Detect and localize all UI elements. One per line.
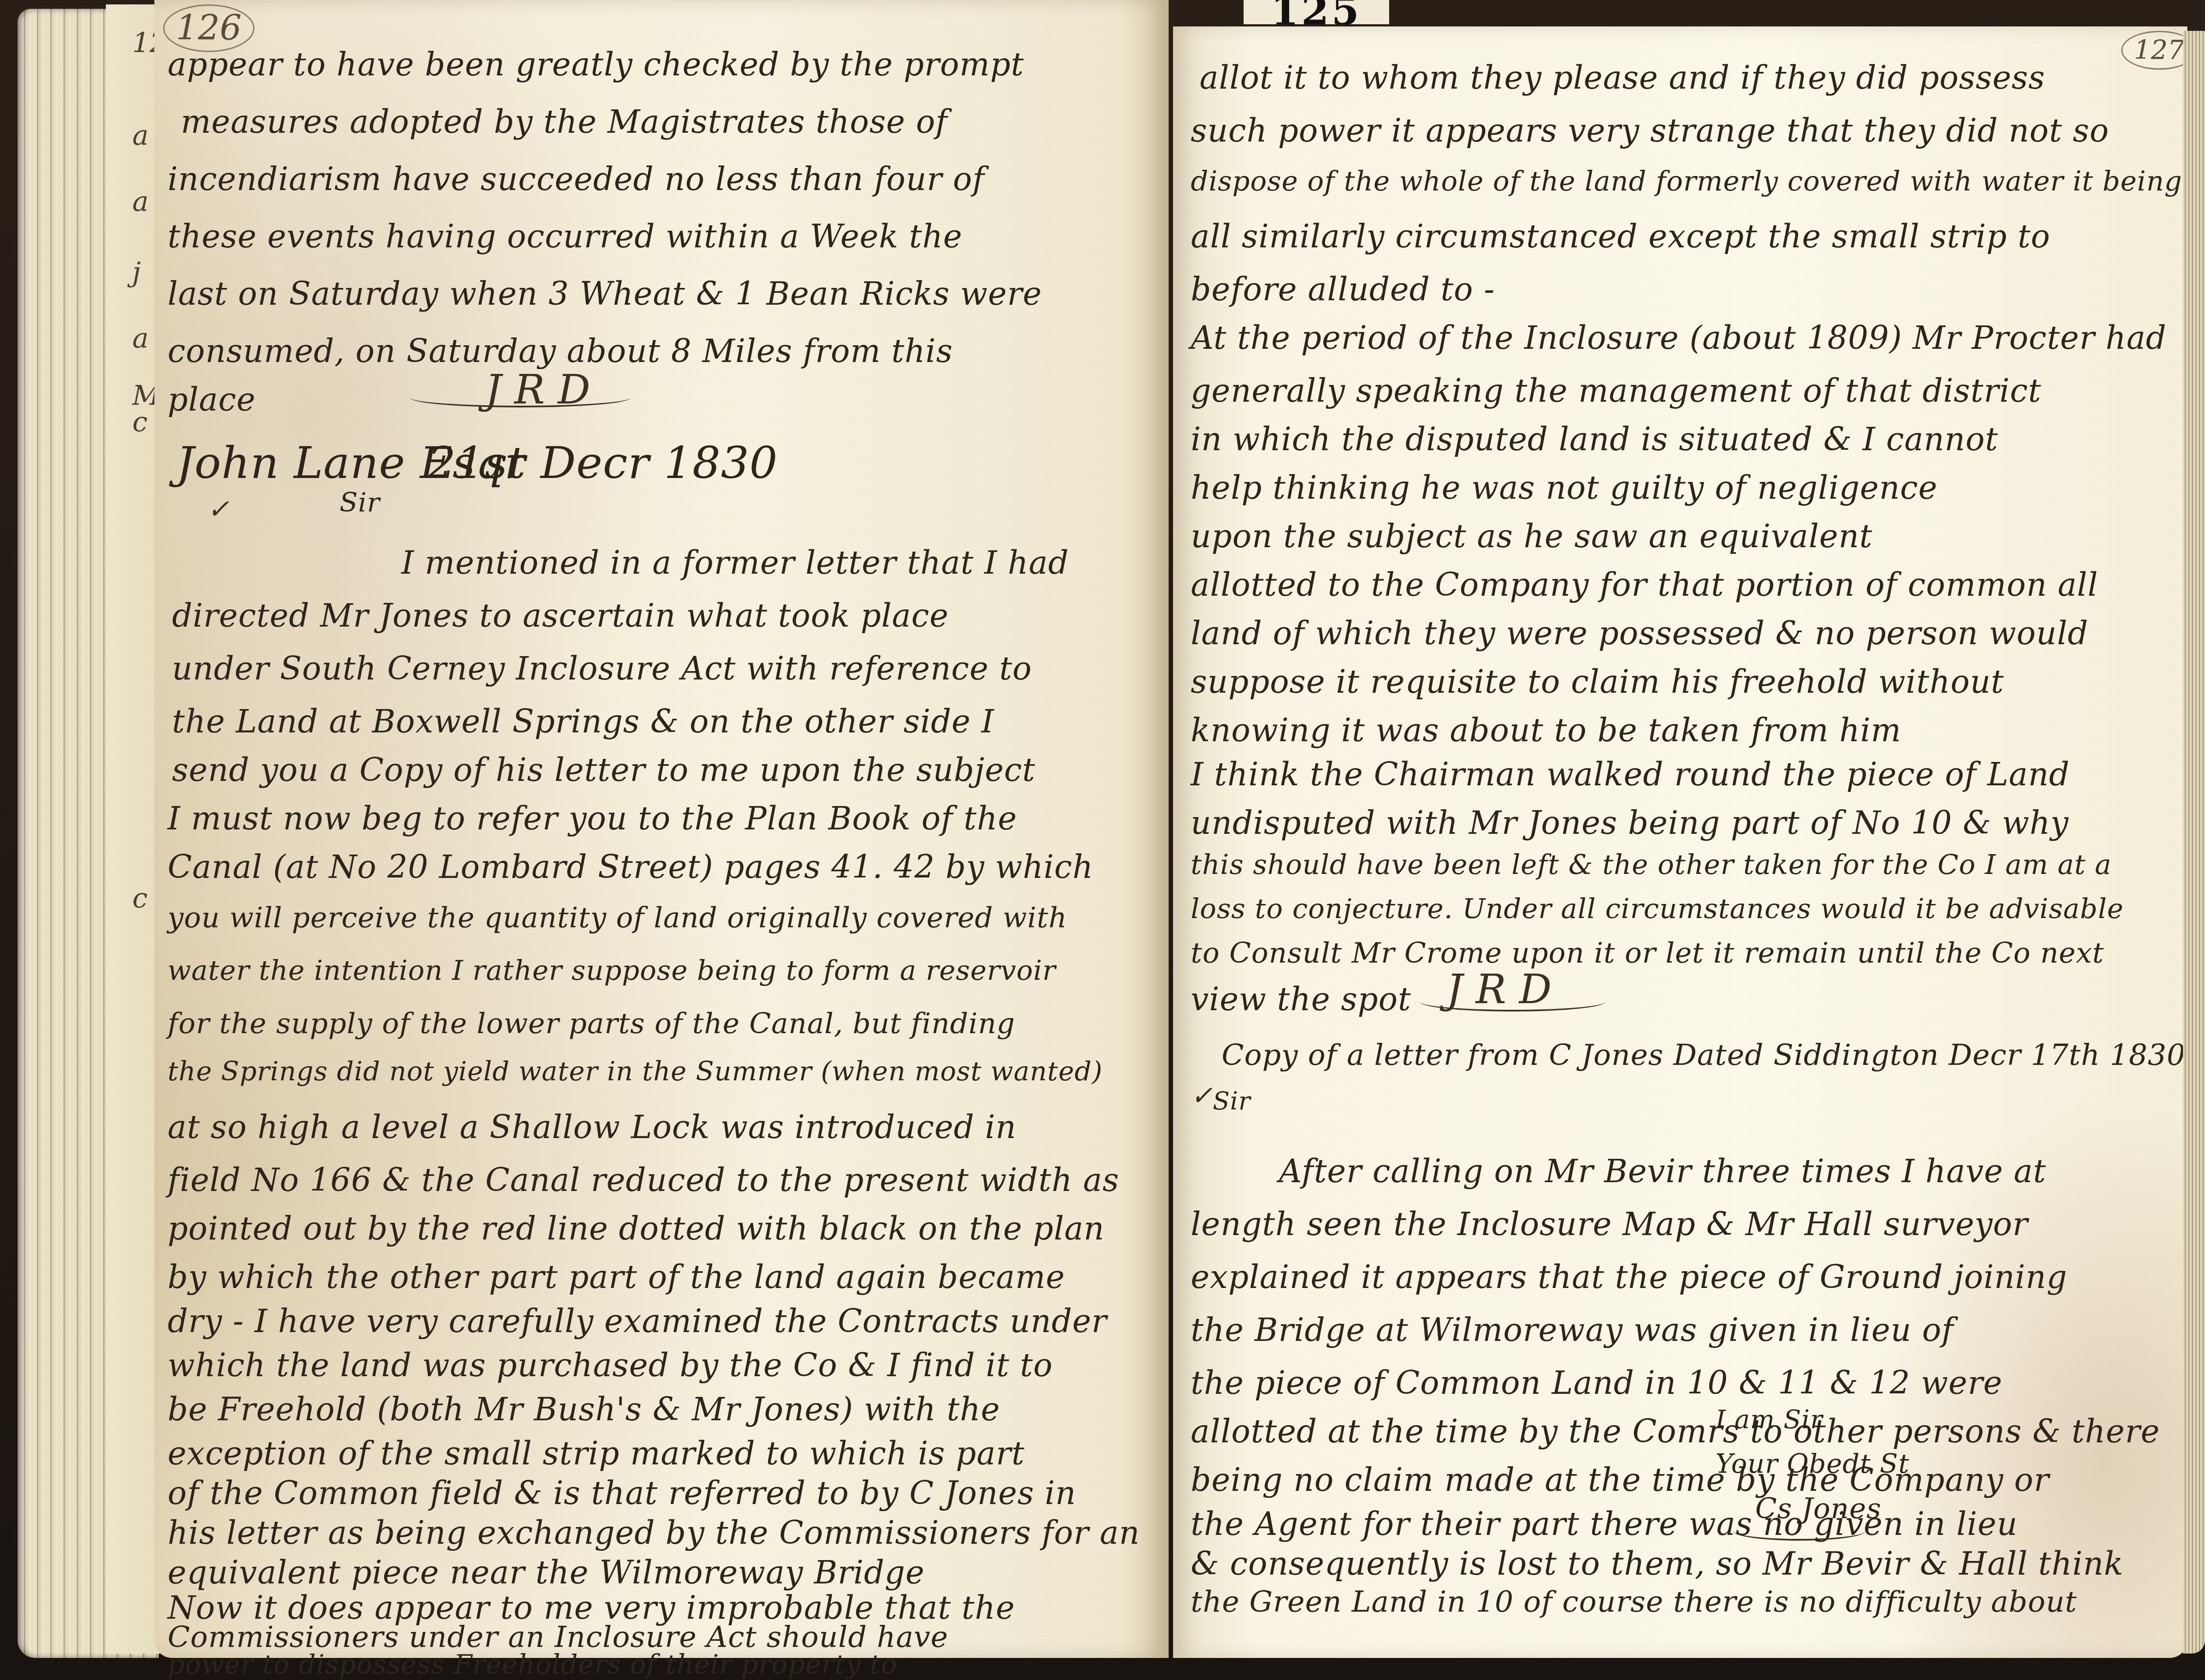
page-number: 126 [163, 4, 254, 52]
text-line: allotted to the Company for that portion… [1191, 569, 2098, 601]
signature-flourish [1733, 1521, 1865, 1541]
text-line: you will perceive the quantity of land o… [168, 904, 1067, 932]
closing-line: I am Sir [1715, 1407, 1823, 1432]
text-line: the Green Land in 10 of course there is … [1191, 1587, 2077, 1617]
text-line: before alluded to - [1191, 273, 1495, 305]
text-line: send you a Copy of his letter to me upon… [172, 754, 1035, 786]
text-line: suppose it requisite to claim his freeho… [1191, 666, 2004, 698]
text-line: exception of the small strip marked to w… [168, 1437, 1025, 1469]
text-line: allot it to whom they please and if they… [1200, 62, 2045, 93]
text-line: equivalent piece near the Wilmoreway Bri… [168, 1557, 925, 1588]
text-line: by which the other part part of the land… [168, 1261, 1065, 1293]
margin-fragment: a [132, 322, 149, 354]
right-page: 127 allot it to whom they please and if … [1173, 26, 2187, 1658]
letter-date: 21st Decr 1830 [428, 441, 778, 485]
text-line: these events having occurred within a We… [168, 220, 962, 252]
text-line: incendiarism have succeeded no less than… [168, 163, 985, 195]
text-line: help thinking he was not guilty of negli… [1191, 472, 1938, 504]
text-line: directed Mr Jones to ascertain what took… [172, 600, 949, 631]
flourish-divider [410, 388, 631, 407]
text-line: the Land at Boxwell Springs & on the oth… [172, 706, 994, 737]
text-line: last on Saturday when 3 Wheat & 1 Bean R… [168, 278, 1042, 310]
text-line: at so high a level a Shallow Lock was in… [168, 1111, 1017, 1143]
flourish-divider [1420, 992, 1605, 1012]
copy-heading: Copy of a letter from C Jones Dated Sidd… [1222, 1041, 2186, 1070]
salutation: Sir [1213, 1089, 1251, 1114]
volume-tab-label: 125 [1244, 0, 1389, 24]
text-line: generally speaking the management of tha… [1191, 375, 2041, 407]
text-line: length seen the Inclosure Map & Mr Hall … [1191, 1208, 2028, 1240]
check-mark: ✓ [1191, 1080, 1213, 1111]
text-line: the Agent for their part there was no gi… [1191, 1508, 2018, 1540]
text-line: in which the disputed land is situated &… [1191, 423, 1998, 455]
text-line: explained it appears that the piece of G… [1191, 1261, 2067, 1293]
book-spread: 12 a a j a M c c 126 appear to have been… [0, 0, 2205, 1676]
text-line: view the spot [1191, 983, 1411, 1015]
margin-fragment: a [132, 185, 149, 217]
text-line: the Springs did not yield water in the S… [168, 1058, 1102, 1085]
text-line: land of which they were possessed & no p… [1191, 617, 2089, 649]
closing-line: Your Obedt St [1715, 1451, 1910, 1477]
margin-fragment: c [132, 406, 148, 438]
signature: Cs Jones [1755, 1495, 1881, 1523]
text-line: Canal (at No 20 Lombard Street) pages 41… [168, 851, 1093, 883]
text-line: I must now beg to refer you to the Plan … [168, 803, 1017, 834]
text-line: Now it does appear to me very improbable… [168, 1592, 1015, 1624]
text-line: the Bridge at Wilmoreway was given in li… [1191, 1314, 1954, 1346]
text-line: for the supply of the lower parts of the… [168, 1010, 1015, 1038]
text-line: Commissioners under an Inclosure Act sho… [168, 1623, 948, 1652]
text-line: to Consult Mr Crome upon it or let it re… [1191, 939, 2104, 967]
text-line: the piece of Common Land in 10 & 11 & 12… [1191, 1367, 2003, 1399]
salutation: Sir [340, 489, 380, 516]
text-line: & consequently is lost to them, so Mr Be… [1191, 1548, 2123, 1579]
text-line: this should have been left & the other t… [1191, 851, 2112, 878]
text-line: be Freehold (both Mr Bush's & Mr Jones) … [168, 1393, 1000, 1425]
text-line: dry - I have very carefully examined the… [168, 1305, 1107, 1337]
left-page: 126 appear to have been greatly checked … [154, 0, 1169, 1658]
text-line: After calling on Mr Bevir three times I … [1279, 1155, 2046, 1187]
text-line: being no claim made at the time by the C… [1191, 1464, 2049, 1496]
text-line: place [168, 384, 256, 415]
margin-fragment: j [132, 256, 141, 288]
text-line: allotted at the time by the Comrs to oth… [1191, 1415, 2160, 1447]
text-line: field No 166 & the Canal reduced to the … [168, 1164, 1119, 1196]
text-line: dispose of the whole of the land formerl… [1191, 168, 2183, 195]
text-line: undisputed with Mr Jones being part of N… [1191, 807, 2069, 839]
text-line: all similarly circumstanced except the s… [1191, 220, 2050, 252]
text-line: loss to conjecture. Under all circumstan… [1191, 895, 2124, 922]
text-line: under South Cerney Inclosure Act with re… [172, 653, 1032, 684]
text-line: of the Common field & is that referred t… [168, 1477, 1076, 1509]
text-line: such power it appears very strange that … [1191, 115, 2109, 146]
text-line: appear to have been greatly checked by t… [168, 49, 1024, 80]
right-page-edges [2183, 31, 2205, 1654]
check-mark: ✓ [207, 494, 229, 525]
text-line: I mentioned in a former letter that I ha… [401, 547, 1069, 579]
text-line: consumed, on Saturday about 8 Miles from… [168, 335, 953, 367]
text-line: power to dispossess Freeholders of their… [168, 1651, 897, 1676]
text-line: measures adopted by the Magistrates thos… [181, 106, 948, 138]
margin-fragment: a [132, 119, 149, 151]
text-line: water the intention I rather suppose bei… [168, 957, 1056, 984]
text-line: At the period of the Inclosure (about 18… [1191, 322, 2167, 354]
text-line: which the land was purchased by the Co &… [168, 1349, 1053, 1381]
text-line: pointed out by the red line dotted with … [168, 1213, 1105, 1244]
text-line: his letter as being exchanged by the Com… [168, 1517, 1140, 1549]
text-line: upon the subject as he saw an equivalent [1191, 520, 1872, 552]
text-line: knowing it was about to be taken from hi… [1191, 714, 1902, 746]
text-line: I think the Chairman walked round the pi… [1191, 758, 2070, 790]
margin-fragment: c [132, 882, 148, 914]
